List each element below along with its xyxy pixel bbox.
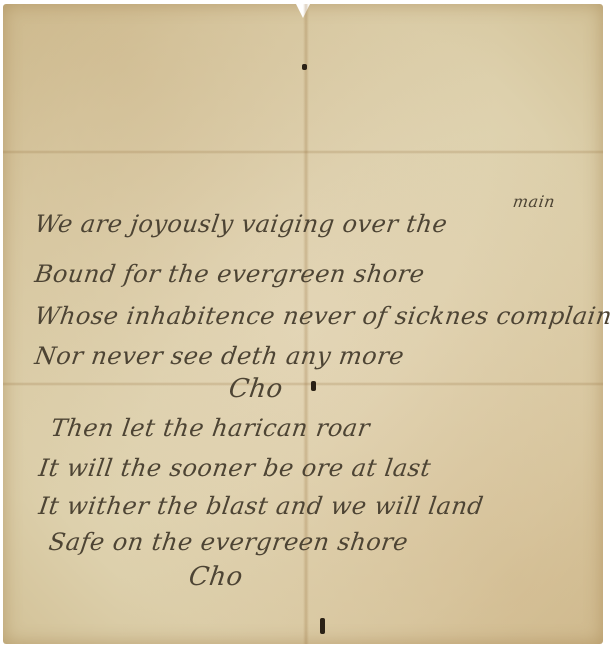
pin-hole [320, 618, 325, 634]
horizontal-fold-crease-middle [3, 382, 603, 386]
chorus-label: Cho [227, 374, 285, 404]
chorus-label-end: Cho [187, 562, 245, 592]
chorus-line-1: Then let the harican roar [49, 414, 372, 442]
verse-line-4: Nor never see deth any more [33, 342, 406, 370]
chorus-line-3: It wither the blast and we will land [37, 492, 485, 520]
aged-paper-sheet: main We are joyously vaiging over the Bo… [3, 4, 603, 644]
horizontal-fold-crease-top [3, 150, 603, 154]
verse-line-2: Bound for the evergreen shore [33, 260, 426, 288]
pin-hole [311, 381, 316, 391]
chorus-line-4: Safe on the evergreen shore [47, 528, 410, 556]
line-insertion: main [512, 192, 557, 211]
chorus-line-2: It will the sooner be ore at last [37, 454, 433, 482]
verse-line-1: We are joyously vaiging over the [33, 210, 449, 238]
pin-hole [302, 64, 307, 70]
verse-line-3: Whose inhabitence never of sicknes compl… [33, 302, 610, 330]
